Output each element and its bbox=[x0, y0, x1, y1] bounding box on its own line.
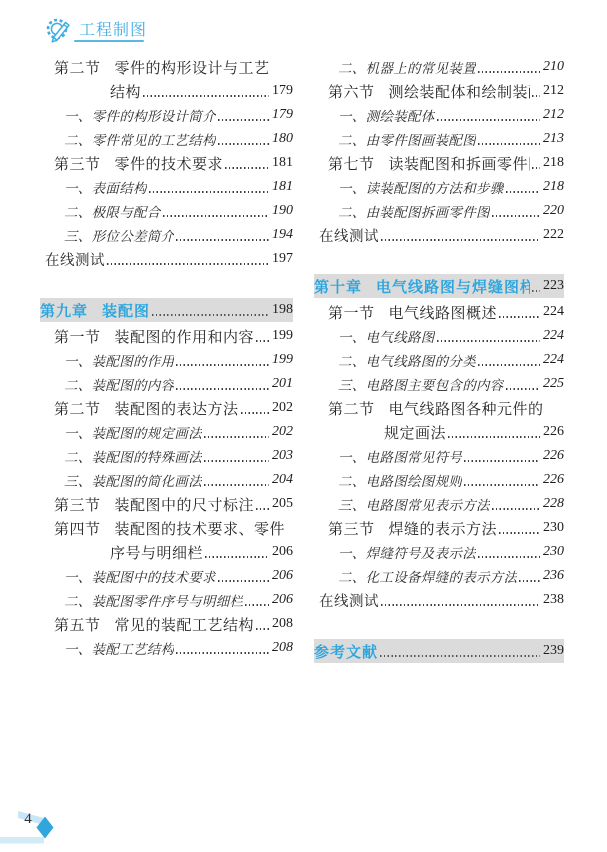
entry-label: 第一节 bbox=[328, 302, 375, 323]
title-underline bbox=[74, 40, 144, 42]
entry-page: 222 bbox=[543, 227, 564, 243]
toc-section-row: 第四节装配图的技术要求、零件 bbox=[40, 516, 293, 540]
entry-label: 第二节 bbox=[328, 398, 375, 419]
toc-online-row: 在线测试222 bbox=[314, 223, 564, 247]
entry-page: 212 bbox=[543, 83, 564, 99]
entry-title: 一、读装配图的方法和步骤 bbox=[338, 177, 504, 197]
entry-page: 226 bbox=[543, 472, 564, 488]
entry-page: 202 bbox=[272, 400, 293, 416]
leader-dots bbox=[152, 314, 269, 316]
toc-spacer-row bbox=[314, 612, 564, 637]
entry-page: 206 bbox=[272, 592, 293, 608]
leader-dots bbox=[478, 143, 540, 145]
toc-sub-row: 三、形位公差简介194 bbox=[40, 223, 293, 247]
toc-section-row: 第三节装配图中的尺寸标注205 bbox=[40, 492, 293, 516]
entry-title: 一、表面结构 bbox=[64, 177, 147, 197]
leader-dots bbox=[163, 215, 269, 217]
entry-label: 第九章 bbox=[40, 300, 88, 321]
toc-section-row: 第二节装配图的表达方法202 bbox=[40, 396, 293, 420]
leader-dots bbox=[532, 167, 540, 169]
entry-page: 208 bbox=[272, 640, 293, 656]
entry-label: 第五节 bbox=[54, 614, 101, 635]
entry-page: 202 bbox=[272, 424, 293, 440]
entry-page: 226 bbox=[543, 424, 564, 440]
leader-dots bbox=[176, 239, 269, 241]
toc-sub-row: 二、极限与配合190 bbox=[40, 199, 293, 223]
leader-dots bbox=[381, 604, 540, 606]
entry-page: 180 bbox=[272, 131, 293, 147]
entry-title: 一、焊缝符号及表示法 bbox=[338, 542, 476, 562]
toc-sub-row: 一、读装配图的方法和步骤218 bbox=[314, 175, 564, 199]
leader-dots bbox=[506, 388, 540, 390]
entry-title: 在线测试 bbox=[319, 225, 379, 246]
entry-label: 第三节 bbox=[54, 153, 101, 174]
leader-dots bbox=[448, 436, 540, 438]
entry-title: 一、装配图的规定画法 bbox=[64, 422, 202, 442]
entry-page: 238 bbox=[543, 592, 564, 608]
entry-page: 225 bbox=[543, 376, 564, 392]
toc-section-row: 第二节零件的构形设计与工艺 bbox=[40, 55, 293, 79]
entry-page: 181 bbox=[272, 155, 293, 171]
entry-page: 204 bbox=[272, 472, 293, 488]
entry-page: 210 bbox=[543, 59, 564, 75]
toc-sub-row: 二、电气线路图的分类224 bbox=[314, 348, 564, 372]
entry-title: 装配图 bbox=[102, 300, 150, 321]
entry-title: 测绘装配体和绘制装配图 bbox=[389, 81, 530, 102]
leader-dots bbox=[381, 239, 540, 241]
entry-title: 装配图的技术要求、零件 bbox=[115, 518, 286, 539]
entry-title: 三、装配图的简化画法 bbox=[64, 470, 202, 490]
entry-page: 190 bbox=[272, 203, 293, 219]
leader-dots bbox=[478, 364, 540, 366]
footer-page-number: 4 bbox=[20, 811, 36, 828]
leader-dots bbox=[204, 436, 269, 438]
toc-sub-row: 三、电路图常见表示方法228 bbox=[314, 492, 564, 516]
entry-page: 194 bbox=[272, 227, 293, 243]
entry-label: 第四节 bbox=[54, 518, 101, 539]
toc-sub-row: 一、装配工艺结构208 bbox=[40, 636, 293, 660]
entry-title: 一、装配图中的技术要求 bbox=[64, 566, 216, 586]
entry-title: 装配图的表达方法 bbox=[115, 398, 239, 419]
entry-page: 236 bbox=[543, 568, 564, 584]
leader-dots bbox=[149, 191, 269, 193]
leader-dots bbox=[218, 119, 269, 121]
page-footer bbox=[0, 806, 80, 850]
entry-page: 179 bbox=[272, 107, 293, 123]
entry-page: 213 bbox=[543, 131, 564, 147]
entry-page: 224 bbox=[543, 304, 564, 320]
entry-page: 199 bbox=[272, 352, 293, 368]
entry-title: 三、电路图常见表示方法 bbox=[338, 494, 490, 514]
entry-title: 二、化工设备焊缝的表示方法 bbox=[338, 566, 517, 586]
toc-sub-row: 一、电路图常见符号226 bbox=[314, 444, 564, 468]
entry-title: 二、电路图绘图规则 bbox=[338, 470, 462, 490]
leader-dots bbox=[107, 263, 269, 265]
leader-dots bbox=[256, 628, 269, 630]
toc-online-row: 在线测试238 bbox=[314, 588, 564, 612]
entry-title: 二、零件常见的工艺结构 bbox=[64, 129, 216, 149]
entry-title: 一、电气线路图 bbox=[338, 326, 435, 346]
toc-sub-row: 三、装配图的简化画法204 bbox=[40, 468, 293, 492]
entry-page: 205 bbox=[272, 496, 293, 512]
leader-dots bbox=[437, 340, 540, 342]
entry-page: 228 bbox=[543, 496, 564, 512]
toc-section-row: 第三节零件的技术要求181 bbox=[40, 151, 293, 175]
gear-pencil-icon bbox=[44, 13, 74, 43]
toc-sub-row: 二、由装配图拆画零件图220 bbox=[314, 199, 564, 223]
entry-label: 第三节 bbox=[328, 518, 375, 539]
toc-sub-row: 一、表面结构181 bbox=[40, 175, 293, 199]
toc-section-row: 第六节测绘装配体和绘制装配图212 bbox=[314, 79, 564, 103]
entry-page: 198 bbox=[272, 302, 293, 318]
leader-dots bbox=[176, 388, 269, 390]
entry-page: 224 bbox=[543, 352, 564, 368]
entry-title: 电气线路图各种元件的 bbox=[389, 398, 544, 419]
entry-title: 二、由零件图画装配图 bbox=[338, 129, 476, 149]
toc-left-column: 第二节零件的构形设计与工艺结构179一、零件的构形设计简介179二、零件常见的工… bbox=[40, 55, 293, 660]
entry-label: 第一节 bbox=[54, 326, 101, 347]
entry-title: 一、装配工艺结构 bbox=[64, 638, 174, 658]
entry-label: 第三节 bbox=[54, 494, 101, 515]
toc-spacer-row bbox=[40, 271, 293, 296]
leader-dots bbox=[225, 167, 269, 169]
leader-dots bbox=[241, 412, 269, 414]
leader-dots bbox=[204, 460, 269, 462]
toc-chapter-row: 第十章电气线路图与焊缝图样简介223 bbox=[314, 272, 564, 300]
entry-page: 181 bbox=[272, 179, 293, 195]
entry-page: 179 bbox=[272, 83, 293, 99]
toc-sub-row: 二、机器上的常见装置210 bbox=[314, 55, 564, 79]
entry-page: 199 bbox=[272, 328, 293, 344]
toc-online-row: 在线测试197 bbox=[40, 247, 293, 271]
entry-page: 220 bbox=[543, 203, 564, 219]
entry-page: 201 bbox=[272, 376, 293, 392]
toc-reference-row: 参考文献239 bbox=[314, 637, 564, 665]
leader-dots bbox=[532, 290, 540, 292]
entry-page: 223 bbox=[543, 278, 564, 294]
toc-continuation-row: 序号与明细栏206 bbox=[40, 540, 293, 564]
toc-sub-row: 三、电路图主要包含的内容225 bbox=[314, 372, 564, 396]
leader-dots bbox=[176, 364, 269, 366]
leader-dots bbox=[143, 95, 269, 97]
leader-dots bbox=[478, 556, 540, 558]
entry-label: 第七节 bbox=[328, 153, 375, 174]
entry-title: 二、装配图零件序号与明细栏 bbox=[64, 590, 243, 610]
leader-dots bbox=[218, 143, 269, 145]
entry-title: 一、测绘装配体 bbox=[338, 105, 435, 125]
toc-section-row: 第一节电气线路图概述224 bbox=[314, 300, 564, 324]
leader-dots bbox=[205, 556, 269, 558]
entry-title: 在线测试 bbox=[319, 590, 379, 611]
leader-dots bbox=[256, 340, 269, 342]
toc-section-row: 第一节装配图的作用和内容199 bbox=[40, 324, 293, 348]
toc-sub-row: 二、电路图绘图规则226 bbox=[314, 468, 564, 492]
leader-dots bbox=[519, 580, 540, 582]
leader-dots bbox=[492, 508, 540, 510]
leader-dots bbox=[499, 532, 540, 534]
entry-label: 第十章 bbox=[314, 276, 362, 297]
entry-title: 零件的技术要求 bbox=[115, 153, 224, 174]
entry-page: 203 bbox=[272, 448, 293, 464]
toc-chapter-row: 第九章装配图198 bbox=[40, 296, 293, 324]
leader-dots bbox=[464, 460, 540, 462]
entry-title: 规定画法 bbox=[384, 422, 446, 443]
leader-dots bbox=[245, 604, 269, 606]
leader-dots bbox=[176, 652, 269, 654]
toc-sub-row: 二、零件常见的工艺结构180 bbox=[40, 127, 293, 151]
entry-title: 读装配图和拆画零件图 bbox=[389, 153, 530, 174]
entry-page: 239 bbox=[543, 643, 564, 659]
entry-title: 电气线路图概述 bbox=[389, 302, 498, 323]
toc-sub-row: 二、化工设备焊缝的表示方法236 bbox=[314, 564, 564, 588]
toc-sub-row: 二、装配图零件序号与明细栏206 bbox=[40, 588, 293, 612]
entry-title: 一、零件的构形设计简介 bbox=[64, 105, 216, 125]
leader-dots bbox=[256, 508, 269, 510]
toc-right-column: 二、机器上的常见装置210第六节测绘装配体和绘制装配图212一、测绘装配体212… bbox=[314, 55, 564, 665]
entry-page: 208 bbox=[272, 616, 293, 632]
entry-page: 206 bbox=[272, 544, 293, 560]
entry-title: 装配图中的尺寸标注 bbox=[115, 494, 255, 515]
entry-title: 电气线路图与焊缝图样简介 bbox=[376, 276, 530, 297]
entry-page: 218 bbox=[543, 179, 564, 195]
entry-title: 一、电路图常见符号 bbox=[338, 446, 462, 466]
entry-page: 230 bbox=[543, 520, 564, 536]
leader-dots bbox=[464, 484, 540, 486]
toc-section-row: 第五节常见的装配工艺结构208 bbox=[40, 612, 293, 636]
leader-dots bbox=[506, 191, 540, 193]
leader-dots bbox=[532, 95, 540, 97]
entry-page: 226 bbox=[543, 448, 564, 464]
leader-dots bbox=[380, 655, 540, 657]
entry-title: 结构 bbox=[110, 81, 141, 102]
leader-dots bbox=[492, 215, 540, 217]
leader-dots bbox=[204, 484, 269, 486]
entry-title: 参考文献 bbox=[314, 641, 378, 662]
entry-title: 三、形位公差简介 bbox=[64, 225, 174, 245]
entry-title: 二、装配图的特殊画法 bbox=[64, 446, 202, 466]
toc-sub-row: 一、零件的构形设计简介179 bbox=[40, 103, 293, 127]
entry-page: 197 bbox=[272, 251, 293, 267]
leader-dots bbox=[437, 119, 540, 121]
entry-title: 二、极限与配合 bbox=[64, 201, 161, 221]
toc-sub-row: 二、装配图的特殊画法203 bbox=[40, 444, 293, 468]
toc-spacer-row bbox=[314, 247, 564, 272]
entry-label: 第二节 bbox=[54, 398, 101, 419]
toc-sub-row: 二、由零件图画装配图213 bbox=[314, 127, 564, 151]
leader-dots bbox=[218, 580, 269, 582]
entry-title: 二、电气线路图的分类 bbox=[338, 350, 476, 370]
footer-ribbon-icon bbox=[0, 806, 80, 850]
entry-page: 212 bbox=[543, 107, 564, 123]
toc-continuation-row: 结构179 bbox=[40, 79, 293, 103]
entry-page: 224 bbox=[543, 328, 564, 344]
toc-sub-row: 一、电气线路图224 bbox=[314, 324, 564, 348]
entry-label: 第二节 bbox=[54, 57, 101, 78]
entry-title: 一、装配图的作用 bbox=[64, 350, 174, 370]
entry-title: 二、装配图的内容 bbox=[64, 374, 174, 394]
page-title: 工程制图 bbox=[79, 17, 147, 40]
toc-sub-row: 一、测绘装配体212 bbox=[314, 103, 564, 127]
entry-title: 三、电路图主要包含的内容 bbox=[338, 374, 504, 394]
toc-sub-row: 一、焊缝符号及表示法230 bbox=[314, 540, 564, 564]
entry-title: 二、机器上的常见装置 bbox=[338, 57, 476, 77]
entry-title: 序号与明细栏 bbox=[110, 542, 203, 563]
entry-title: 在线测试 bbox=[45, 249, 105, 270]
entry-label: 第六节 bbox=[328, 81, 375, 102]
toc-continuation-row: 规定画法226 bbox=[314, 420, 564, 444]
leader-dots bbox=[499, 316, 540, 318]
toc-section-row: 第七节读装配图和拆画零件图218 bbox=[314, 151, 564, 175]
entry-title: 焊缝的表示方法 bbox=[389, 518, 498, 539]
entry-title: 零件的构形设计与工艺 bbox=[115, 57, 270, 78]
toc-sub-row: 一、装配图的规定画法202 bbox=[40, 420, 293, 444]
entry-title: 二、由装配图拆画零件图 bbox=[338, 201, 490, 221]
toc-section-row: 第二节电气线路图各种元件的 bbox=[314, 396, 564, 420]
toc-sub-row: 一、装配图中的技术要求206 bbox=[40, 564, 293, 588]
entry-title: 装配图的作用和内容 bbox=[115, 326, 255, 347]
entry-page: 230 bbox=[543, 544, 564, 560]
toc-sub-row: 一、装配图的作用199 bbox=[40, 348, 293, 372]
leader-dots bbox=[478, 71, 540, 73]
entry-page: 218 bbox=[543, 155, 564, 171]
toc-section-row: 第三节焊缝的表示方法230 bbox=[314, 516, 564, 540]
entry-page: 206 bbox=[272, 568, 293, 584]
entry-title: 常见的装配工艺结构 bbox=[115, 614, 255, 635]
toc-sub-row: 二、装配图的内容201 bbox=[40, 372, 293, 396]
